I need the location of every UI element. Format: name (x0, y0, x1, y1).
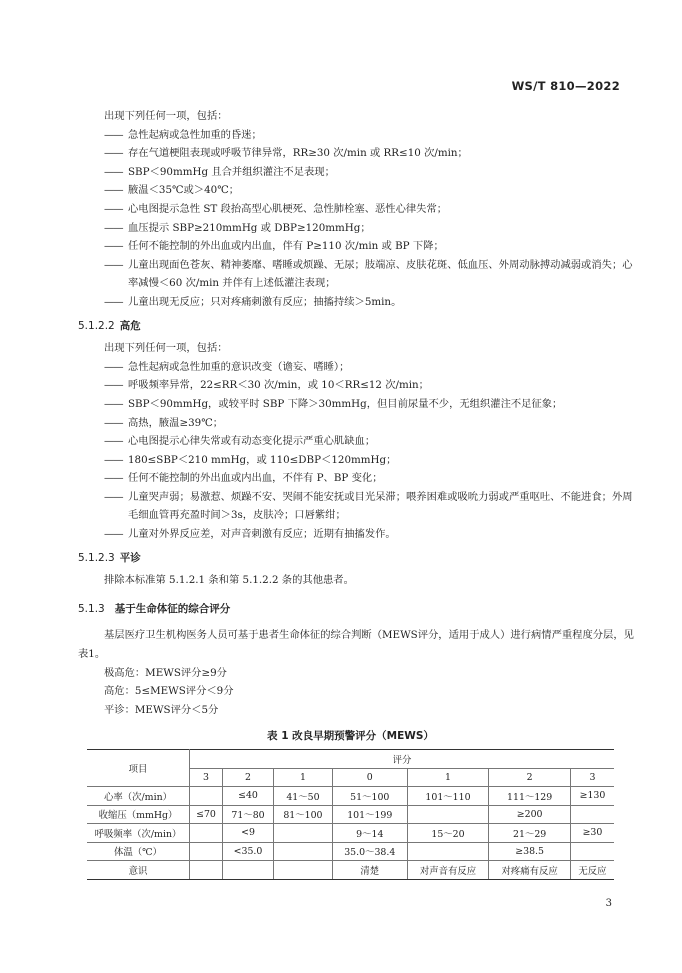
score-col: 3 (570, 768, 614, 787)
table-cell: ≥30 (570, 824, 614, 843)
table-cell: 111～129 (489, 787, 571, 806)
row-label: 体温（℃） (87, 842, 190, 861)
em-dash: —— (104, 432, 128, 451)
table-cell: 51～100 (332, 787, 407, 806)
em-dash: —— (104, 163, 128, 182)
table-title: 表 1 改良早期预警评分（MEWS） (87, 728, 614, 743)
section-513-text: 基层医疗卫生机构医务人员可基于患者生命体征的综合判断（MEWS评分，适用于成人）… (78, 626, 638, 663)
level-high: 高危：5≤MEWS评分＜9分 (78, 682, 638, 701)
table-cell: ≥200 (489, 805, 571, 824)
list-item: ——SBP＜90mmHg，或较平时 SBP 下降＞30mmHg，但目前尿量不少，… (102, 395, 638, 414)
page-number: 3 (606, 898, 612, 909)
em-dash: —— (104, 200, 128, 219)
table-cell: ≤40 (223, 787, 274, 806)
em-dash: —— (104, 488, 128, 507)
table-row: 呼吸频率（次/min） <9 9～14 15～20 21～29 ≥30 (87, 824, 614, 843)
table-cell (407, 842, 489, 861)
table-cell: 21～29 (489, 824, 571, 843)
section-5121-list: ——急性起病或急性加重的昏迷； ——存在气道梗阻表现或呼吸节律异常，RR≥30 … (78, 126, 638, 312)
table-cell (190, 787, 223, 806)
score-col: 3 (190, 768, 223, 787)
table-cell (570, 805, 614, 824)
table-cell: ≥130 (570, 787, 614, 806)
mews-table: 项目 评分 3 2 1 0 1 2 3 心率（次/min） ≤40 41～50 … (87, 749, 614, 880)
table-cell: 对疼痛有反应 (489, 861, 571, 880)
row-label: 呼吸频率（次/min） (87, 824, 190, 843)
em-dash: —— (104, 451, 128, 470)
em-dash: —— (104, 376, 128, 395)
list-item: ——儿童对外界反应差，对声音刺激有反应；近期有抽搐发作。 (102, 525, 638, 544)
level-routine: 平诊：MEWS评分＜5分 (78, 701, 638, 720)
table-cell: ≤70 (190, 805, 223, 824)
list-item: ——心电图提示急性 ST 段抬高型心肌梗死、急性肺栓塞、恶性心律失常； (102, 200, 638, 219)
em-dash: —— (104, 395, 128, 414)
table-row: 心率（次/min） ≤40 41～50 51～100 101～110 111～1… (87, 787, 614, 806)
section-5122-intro: 出现下列任何一项，包括： (78, 339, 638, 358)
list-item: ——高热，腋温≥39℃； (102, 414, 638, 433)
list-item: ——SBP＜90mmHg 且合并组织灌注不足表现； (102, 163, 638, 182)
table-cell (190, 842, 223, 861)
em-dash: —— (104, 237, 128, 256)
table-header-row: 项目 评分 (87, 750, 614, 769)
em-dash: —— (104, 256, 128, 275)
table-cell (273, 824, 332, 843)
list-item: ——急性起病或急性加重的昏迷； (102, 126, 638, 145)
score-col: 2 (489, 768, 571, 787)
list-item: ——儿童出现无反应；只对疼痛刺激有反应；抽搐持续＞5min。 (102, 293, 638, 312)
list-item: ——腋温＜35℃或＞40℃； (102, 181, 638, 200)
em-dash: —— (104, 219, 128, 238)
list-item: ——心电图提示心律失常或有动态变化提示严重心肌缺血； (102, 432, 638, 451)
table-row: 体温（℃） <35.0 35.0～38.4 ≥38.5 (87, 842, 614, 861)
em-dash: —— (104, 525, 128, 544)
table-cell (190, 861, 223, 880)
section-5123-text: 排除本标准第 5.1.2.1 条和第 5.1.2.2 条的其他患者。 (78, 571, 638, 590)
list-item: ——血压提示 SBP≥210mmHg 或 DBP≥120mmHg； (102, 219, 638, 238)
table-cell: 35.0～38.4 (332, 842, 407, 861)
em-dash: —— (104, 469, 128, 488)
list-item: ——呼吸频率异常，22≤RR＜30 次/min，或 10＜RR≤12 次/min… (102, 376, 638, 395)
table-cell (223, 861, 274, 880)
table-cell: 对声音有反应 (407, 861, 489, 880)
score-col: 0 (332, 768, 407, 787)
section-513-heading: 5.1.3基于生命体征的综合评分 (78, 600, 638, 619)
list-item: ——儿童出现面色苍灰、精神萎靡、嗜睡或烦躁、无尿；肢端凉、皮肤花斑、低血压、外周… (102, 256, 638, 293)
table-cell: 清楚 (332, 861, 407, 880)
em-dash: —— (104, 293, 128, 312)
level-extreme-high: 极高危：MEWS评分≥9分 (78, 664, 638, 683)
table-cell: 15～20 (407, 824, 489, 843)
row-label: 收缩压（mmHg） (87, 805, 190, 824)
list-item: ——儿童哭声弱；易激惹、烦躁不安、哭闹不能安抚或目光呆滞；喂养困难或吸吮力弱或严… (102, 488, 638, 525)
score-col: 2 (223, 768, 274, 787)
table-cell: 101～199 (332, 805, 407, 824)
list-item: ——存在气道梗阻表现或呼吸节律异常，RR≥30 次/min 或 RR≤10 次/… (102, 144, 638, 163)
table-cell (273, 842, 332, 861)
list-item: ——任何不能控制的外出血或内出血，伴有 P≥110 次/min 或 BP 下降； (102, 237, 638, 256)
table-cell: <35.0 (223, 842, 274, 861)
list-item: ——急性起病或急性加重的意识改变（谵妄、嗜睡）； (102, 358, 638, 377)
em-dash: —— (104, 358, 128, 377)
table-cell: 41～50 (273, 787, 332, 806)
list-item: ——任何不能控制的外出血或内出血，不伴有 P、BP 变化； (102, 469, 638, 488)
section-5122-heading: 5.1.2.2高危 (78, 317, 638, 336)
row-label: 心率（次/min） (87, 787, 190, 806)
item-header: 项目 (87, 750, 190, 787)
table-cell: 无反应 (570, 861, 614, 880)
table-cell: 81～100 (273, 805, 332, 824)
section-5121-intro: 出现下列任何一项，包括： (78, 107, 638, 126)
section-5122-list: ——急性起病或急性加重的意识改变（谵妄、嗜睡）； ——呼吸频率异常，22≤RR＜… (78, 358, 638, 544)
table-row: 意识 清楚 对声音有反应 对疼痛有反应 无反应 (87, 861, 614, 880)
table-cell (190, 824, 223, 843)
em-dash: —— (104, 181, 128, 200)
section-5123-heading: 5.1.2.3平诊 (78, 549, 638, 568)
table-cell: 71～80 (223, 805, 274, 824)
score-header: 评分 (190, 750, 615, 769)
table-cell: ≥38.5 (489, 842, 571, 861)
table-cell: 101～110 (407, 787, 489, 806)
document-body: 出现下列任何一项，包括： ——急性起病或急性加重的昏迷； ——存在气道梗阻表现或… (78, 107, 638, 719)
row-label: 意识 (87, 861, 190, 880)
em-dash: —— (104, 126, 128, 145)
em-dash: —— (104, 144, 128, 163)
standard-code: WS/T 810—2022 (512, 79, 620, 93)
table-cell: 9～14 (332, 824, 407, 843)
table-cell (273, 861, 332, 880)
score-col: 1 (407, 768, 489, 787)
table-cell: <9 (223, 824, 274, 843)
table-cell (570, 842, 614, 861)
list-item: ——180≤SBP＜210 mmHg，或 110≤DBP＜120mmHg； (102, 451, 638, 470)
table-cell (407, 805, 489, 824)
score-col: 1 (273, 768, 332, 787)
em-dash: —— (104, 414, 128, 433)
table-row: 收缩压（mmHg） ≤70 71～80 81～100 101～199 ≥200 (87, 805, 614, 824)
